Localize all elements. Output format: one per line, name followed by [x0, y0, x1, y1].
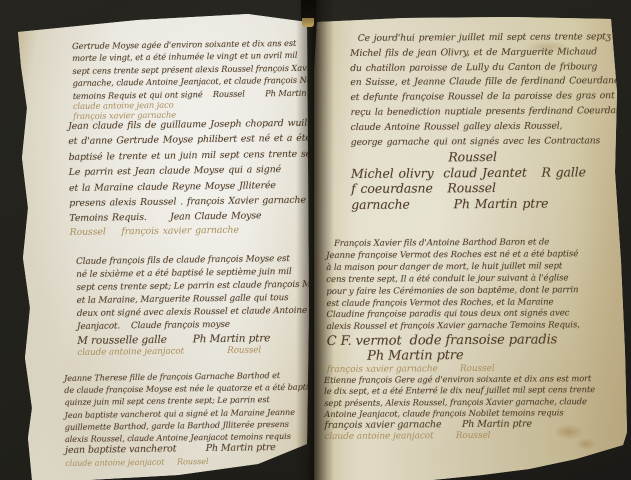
entry-body-text: Claude françois fils de claude françois …: [76, 252, 310, 334]
handwritten-line: Ce jourd'hui premier juillet mil sept ce…: [350, 30, 627, 47]
manuscript-scan: Gertrude Moyse agée d'environ soixante e…: [0, 0, 631, 480]
manuscript-entry: François Xavier fils d'Antoine Barthod B…: [326, 237, 580, 376]
faded-signature-line: Roussel françois xavier garnache: [70, 223, 310, 238]
entry-body-text: Jean claude fils de guillaume Joseph cho…: [68, 115, 310, 226]
entry-faded-signatures: claude antoine jeanjacot Roussel: [324, 430, 595, 443]
entry-body-text: François Xavier fils d'Antoine Barthod B…: [326, 237, 580, 334]
handwritten-line: reçu la benediction nuptiale presents fe…: [351, 104, 628, 121]
manuscript-entry: Claude françois fils de claude françois …: [76, 252, 310, 359]
handwritten-line: Michel fils de jean Olivry, et de Margue…: [350, 45, 627, 62]
signature-line: Ph Martin ptre: [327, 347, 580, 364]
entry-signatures: C F. vermot dode fransoise paradis Ph Ma…: [327, 332, 580, 364]
handwritten-line: pour y faire les Cérémonies de son baptê…: [326, 285, 579, 299]
manuscript-entry: Gertrude Moyse agée d'environ soixante e…: [72, 36, 310, 121]
signature-line: C F. vermot dode fransoise paradis: [327, 332, 580, 349]
signature-line: garnache Ph Martin ptre: [351, 195, 628, 212]
entry-body-text: Gertrude Moyse agée d'environ soixante e…: [72, 36, 310, 102]
signature-line: Michel olivry claud Jeantet R galle: [351, 164, 628, 181]
entry-body-text: Jeanne Therese fille de françois Garnach…: [64, 368, 310, 445]
handwritten-line: george garnache qui ont signés avec les …: [351, 134, 628, 151]
entry-body-text: Ce jourd'hui premier juillet mil sept ce…: [350, 30, 627, 150]
manuscript-entry: Etienne françois Gere agé d'environ soix…: [324, 373, 595, 443]
faded-signature-line: claude antoine jeanjacot Roussel: [324, 430, 595, 443]
left-page: Gertrude Moyse agée d'environ soixante e…: [18, 8, 310, 480]
right-page: Ce jourd'hui premier juillet mil sept ce…: [314, 12, 629, 480]
bookmark-ribbon-tip: [302, 18, 314, 27]
manuscript-entry: Ce jourd'hui premier juillet mil sept ce…: [350, 30, 628, 212]
entry-body-text: Etienne françois Gere agé d'environ soix…: [324, 373, 595, 420]
faded-signature-line: claude antoine jeanjacot Roussel: [77, 344, 310, 359]
entry-faded-signatures: Roussel françois xavier garnache: [70, 223, 310, 238]
entry-faded-signatures: claude antoine jeanjacot Roussel: [77, 344, 310, 359]
manuscript-entry: Jean claude fils de guillaume Joseph cho…: [68, 115, 310, 237]
manuscript-entry: Jeanne Therese fille de françois Garnach…: [64, 368, 310, 468]
entry-signatures: RousselMichel olivry claud Jeantet R gal…: [351, 148, 628, 212]
bookmark-ribbon: [301, 0, 316, 20]
